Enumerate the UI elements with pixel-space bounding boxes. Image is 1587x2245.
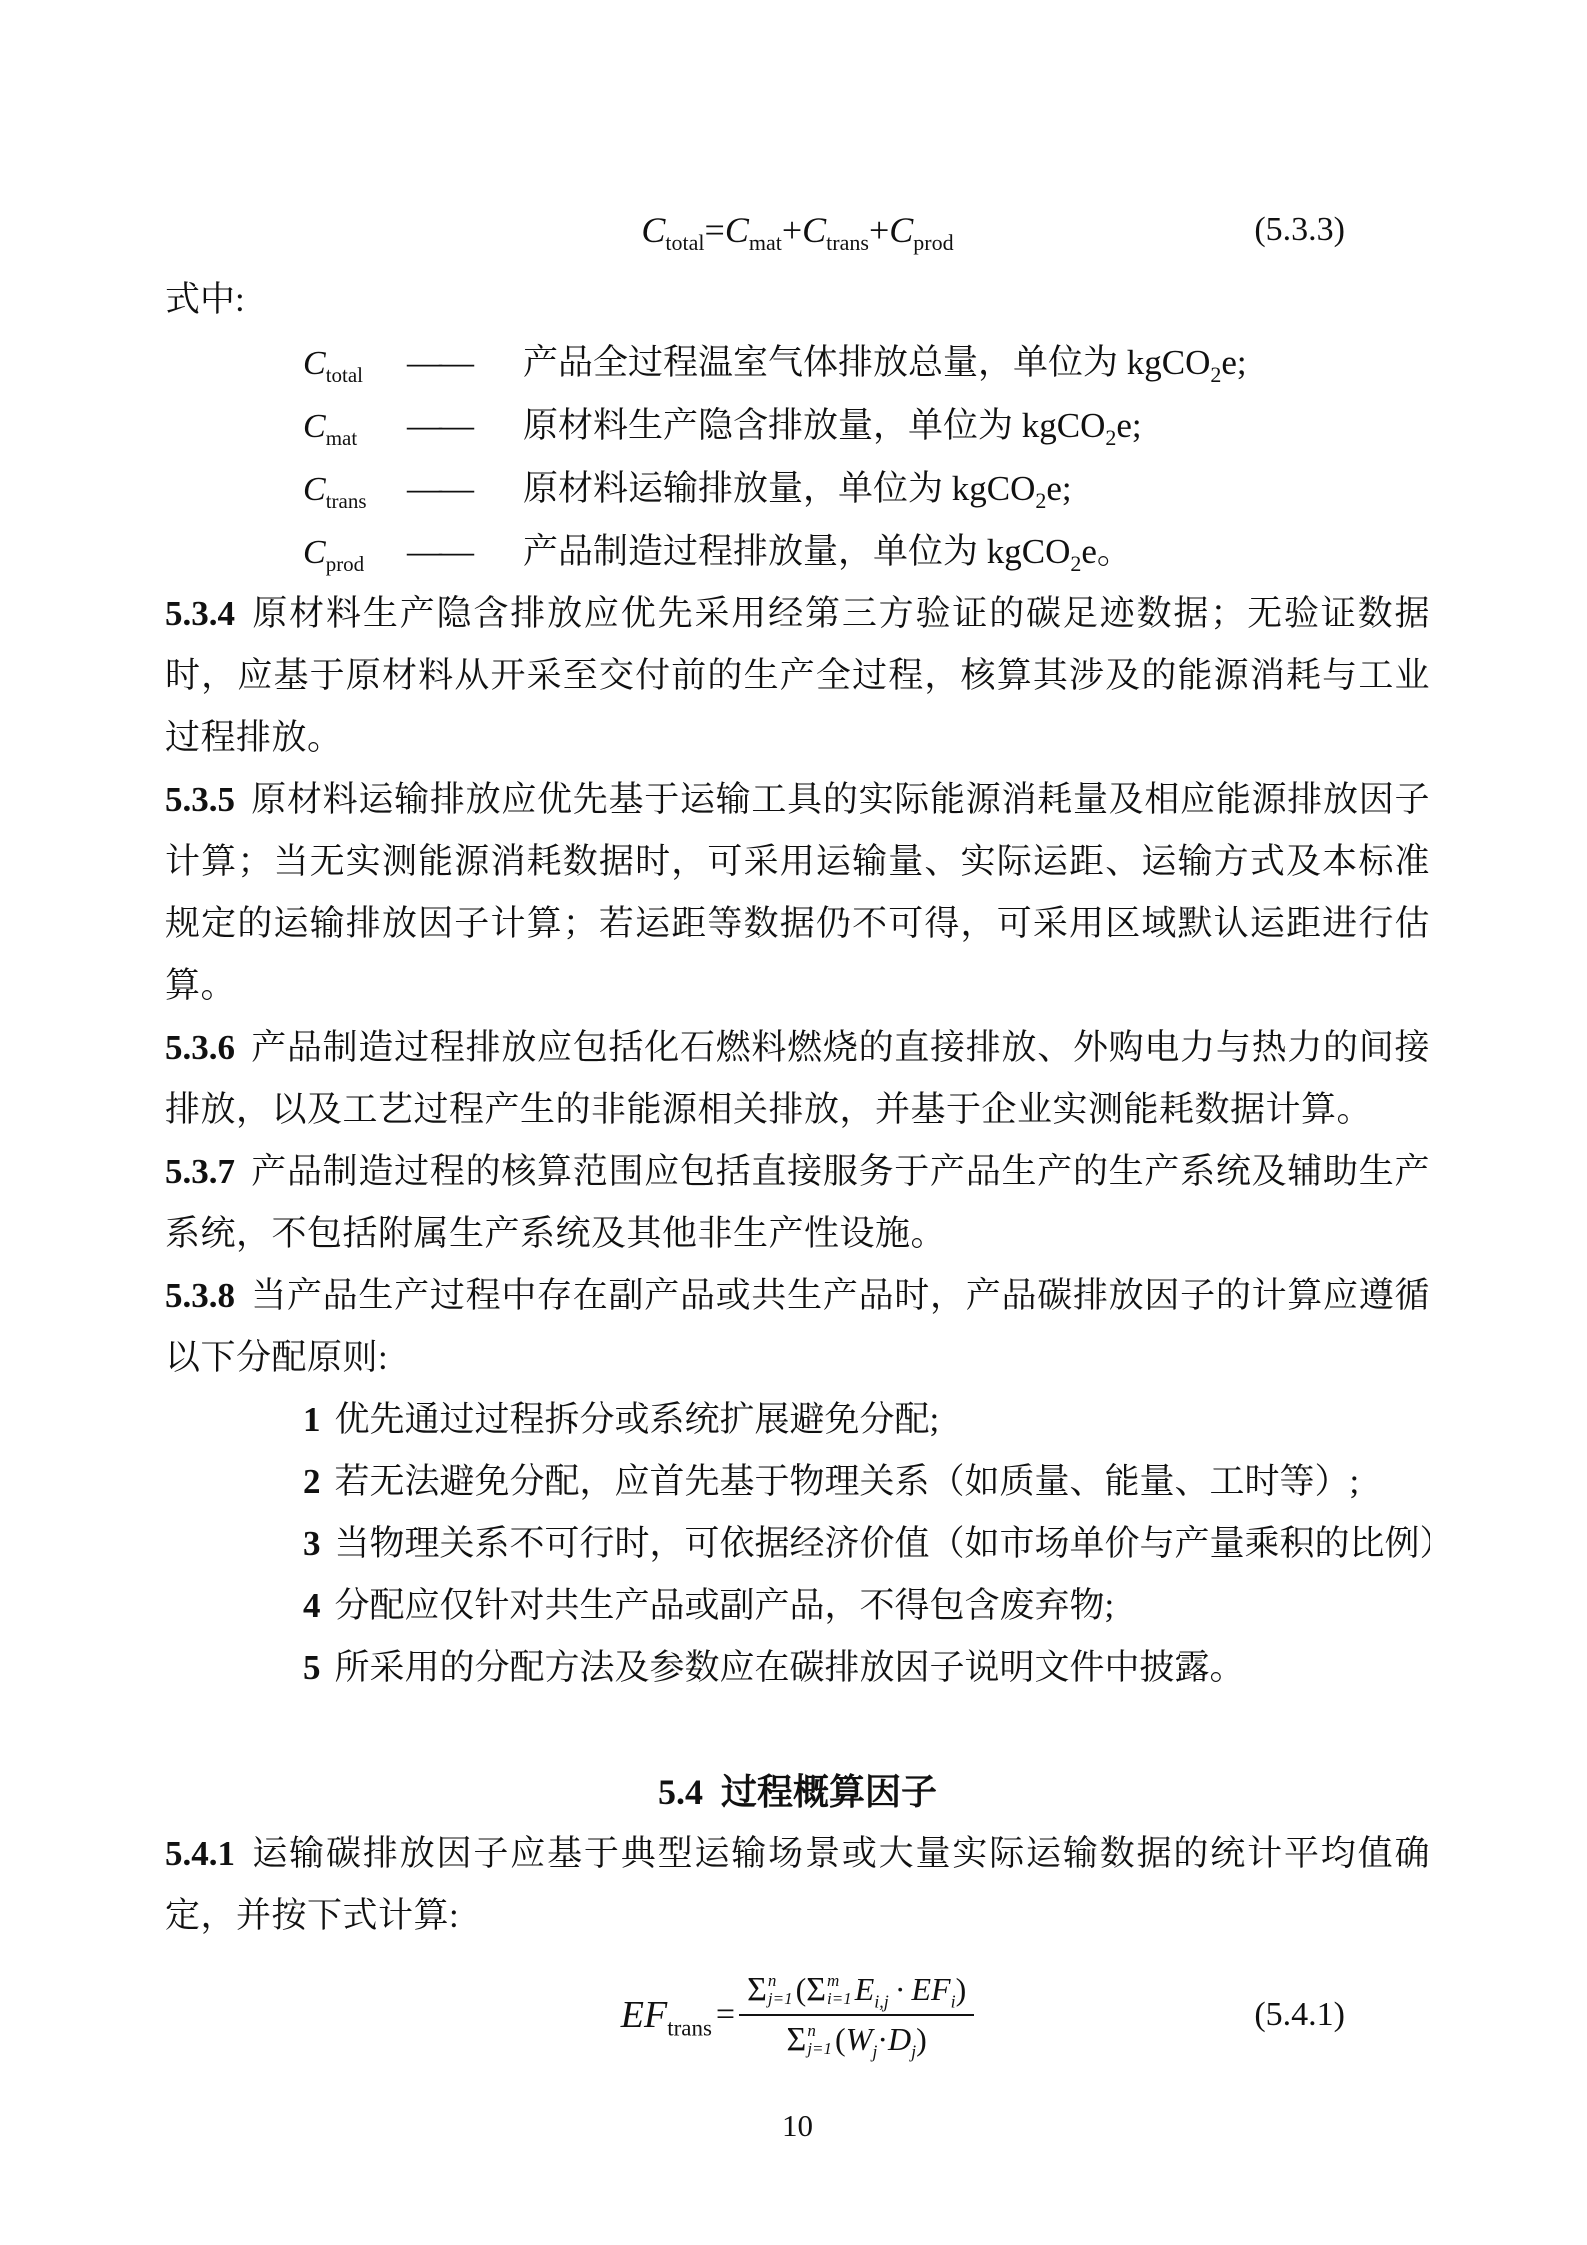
sigma-limits: nj=1 (768, 1972, 793, 2008)
var-c-trans: C (802, 210, 826, 250)
var-c-prod-sub: prod (913, 230, 953, 255)
clause-text: 原材料生产隐含排放应优先采用经第三方验证的碳足迹数据；无验证数据时，应基于原材料… (165, 594, 1430, 757)
clause-5-3-4: 5.3.4原材料生产隐含排放应优先采用经第三方验证的碳足迹数据；无验证数据时，应… (165, 583, 1430, 769)
sigma-outer: Σnj=1 (747, 1971, 796, 2009)
symbol: Cprod (303, 521, 407, 584)
sigma-lower: j=1 (807, 2040, 832, 2058)
clause-number: 5.3.8 (165, 1276, 235, 1315)
definition-desc: 原材料运输排放量，单位为 kgCO (523, 469, 1035, 508)
principle-text: 所采用的分配方法及参数应在碳排放因子说明文件中披露。 (335, 1648, 1245, 1687)
close-paren: ) (956, 1971, 967, 2007)
principle-item-5: 5所采用的分配方法及参数应在碳排放因子说明文件中披露。 (165, 1637, 1430, 1699)
definition-desc: 产品制造过程排放量，单位为 kgCO (523, 532, 1070, 571)
var-ef: EF (911, 1971, 950, 2007)
var-c-mat-sub: mat (749, 230, 782, 255)
principle-number: 2 (303, 1451, 321, 1513)
principle-text: 当物理关系不可行时，可依据经济价值（如市场单价与产量乘积的比例）; (335, 1524, 1431, 1563)
sigma-glyph: Σ (787, 2021, 807, 2059)
principle-number: 4 (303, 1575, 321, 1637)
clause-text: 原材料运输排放应优先基于运输工具的实际能源消耗量及相应能源排放因子计算；当无实测… (165, 780, 1430, 1005)
unit-subscript: 2 (1035, 488, 1046, 513)
clause-number: 5.3.6 (165, 1028, 235, 1067)
multiply-dot: · (895, 1971, 906, 2007)
heading-title: 过程概算因子 (721, 1772, 937, 1812)
definition-desc: 原材料生产隐含排放量，单位为 kgCO (523, 406, 1105, 445)
var-w: W (846, 2021, 873, 2057)
sigma-inner: Σmi=1 (806, 1971, 855, 2009)
definition-row: Cmat —— 原材料生产隐含排放量，单位为 kgCO2e; (165, 394, 1430, 457)
var-ef-sub: trans (667, 2016, 712, 2041)
plus-sign: + (782, 210, 802, 250)
heading-number: 5.4 (658, 1772, 703, 1812)
dash-separator: —— (407, 520, 503, 583)
equals-sign: = (716, 1996, 735, 2034)
principle-number: 5 (303, 1637, 321, 1699)
fraction-numerator: Σnj=1(Σmi=1Ei,j·EFi) (739, 1971, 974, 2016)
sigma-outer: Σnj=1 (787, 2021, 836, 2059)
equation-number: (5.3.3) (1254, 199, 1345, 261)
var-c-total-sub: total (665, 230, 704, 255)
var-e: E (855, 1971, 875, 2007)
principle-text: 分配应仅针对共生产品或副产品，不得包含废弃物; (335, 1586, 1115, 1625)
sigma-upper: n (807, 2022, 832, 2040)
definition-text: 原材料运输排放量，单位为 kgCO2e; (523, 457, 1072, 520)
symbol-sub: trans (326, 489, 367, 513)
fraction-denominator: Σnj=1(Wj·Dj) (739, 2016, 974, 2059)
definition-text: 原材料生产隐含排放量，单位为 kgCO2e; (523, 394, 1142, 457)
sigma-lower: j=1 (768, 1990, 793, 2008)
definition-text: 产品全过程温室气体排放总量，单位为 kgCO2e; (523, 331, 1247, 394)
symbol: Ctotal (303, 332, 407, 395)
sigma-glyph: Σ (806, 1971, 826, 2009)
var-e-sub: i,j (874, 1991, 889, 2011)
sigma-limits: nj=1 (807, 2022, 832, 2058)
section-heading-5-4: 5.4过程概算因子 (165, 1761, 1430, 1823)
symbol-base: C (303, 471, 326, 508)
equation-number: (5.4.1) (1254, 1996, 1345, 2034)
var-ef-base: EF (621, 1994, 667, 2036)
dash-separator: —— (407, 457, 503, 520)
sigma-glyph: Σ (747, 1971, 767, 2009)
sigma-lower: i=1 (827, 1990, 852, 2008)
clause-number: 5.4.1 (165, 1834, 235, 1873)
page-number: 10 (165, 2095, 1430, 2157)
dash-separator: —— (407, 394, 503, 457)
principle-text: 优先通过过程拆分或系统扩展避免分配; (335, 1400, 940, 1439)
symbol: Cmat (303, 395, 407, 458)
sigma-upper: m (827, 1972, 852, 1990)
unit-subscript: 2 (1210, 362, 1221, 387)
definition-desc: 产品全过程温室气体排放总量，单位为 kgCO (523, 343, 1210, 382)
equation-body: Ctotal=Cmat+Ctrans+Cprod (641, 199, 953, 261)
clause-5-3-7: 5.3.7产品制造过程的核算范围应包括直接服务于产品生产的生产系统及辅助生产系统… (165, 1141, 1430, 1265)
clause-5-3-5: 5.3.5原材料运输排放应优先基于运输工具的实际能源消耗量及相应能源排放因子计算… (165, 769, 1430, 1017)
var-c-mat: C (725, 210, 749, 250)
symbol-sub: prod (326, 552, 365, 576)
symbol: Ctrans (303, 458, 407, 521)
unit-subscript: 2 (1070, 551, 1081, 576)
var-c-trans-sub: trans (826, 230, 869, 255)
symbol-base: C (303, 408, 326, 445)
unit-subscript: 2 (1105, 425, 1116, 450)
sigma-upper: n (768, 1972, 793, 1990)
principle-number: 1 (303, 1389, 321, 1451)
multiply-dot: · (877, 2021, 888, 2057)
definition-tail: e。 (1081, 532, 1132, 571)
clause-text: 产品制造过程排放应包括化石燃料燃烧的直接排放、外购电力与热力的间接排放，以及工艺… (165, 1028, 1430, 1129)
clause-5-3-6: 5.3.6产品制造过程排放应包括化石燃料燃烧的直接排放、外购电力与热力的间接排放… (165, 1017, 1430, 1141)
definition-text: 产品制造过程排放量，单位为 kgCO2e。 (523, 520, 1132, 583)
equation-body: EFtrans = Σnj=1(Σmi=1Ei,j·EFi) Σnj=1(Wj·… (621, 1949, 974, 2081)
definition-tail: e; (1221, 343, 1246, 382)
sigma-limits: mi=1 (827, 1972, 852, 2008)
clause-text: 运输碳排放因子应基于典型运输场景或大量实际运输数据的统计平均值确定，并按下式计算… (165, 1834, 1430, 1935)
definition-tail: e; (1046, 469, 1071, 508)
fraction: Σnj=1(Σmi=1Ei,j·EFi) Σnj=1(Wj·Dj) (739, 1971, 974, 2059)
symbol-base: C (303, 534, 326, 571)
symbol-base: C (303, 345, 326, 382)
principle-item-4: 4分配应仅针对共生产品或副产品，不得包含废弃物; (165, 1575, 1430, 1637)
close-paren: ) (916, 2021, 927, 2057)
clause-5-3-8: 5.3.8当产品生产过程中存在副产品或共生产品时，产品碳排放因子的计算应遵循以下… (165, 1265, 1430, 1389)
clause-number: 5.3.4 (165, 594, 235, 633)
where-label: 式中: (165, 269, 1430, 331)
var-ef-trans: EFtrans (621, 1993, 712, 2037)
open-paren: ( (796, 1971, 807, 2007)
var-c-total: C (641, 210, 665, 250)
clause-text: 当产品生产过程中存在副产品或共生产品时，产品碳排放因子的计算应遵循以下分配原则: (165, 1276, 1430, 1377)
principle-item-3: 3当物理关系不可行时，可依据经济价值（如市场单价与产量乘积的比例）; (165, 1513, 1430, 1575)
vertical-gap (165, 1699, 1430, 1761)
dash-separator: —— (407, 331, 503, 394)
principle-number: 3 (303, 1513, 321, 1575)
definition-row: Ctotal —— 产品全过程温室气体排放总量，单位为 kgCO2e; (165, 331, 1430, 394)
symbol-definitions: Ctotal —— 产品全过程温室气体排放总量，单位为 kgCO2e; Cmat… (165, 331, 1430, 583)
symbol-sub: total (326, 363, 363, 387)
clause-number: 5.3.7 (165, 1152, 235, 1191)
document-page: Ctotal=Cmat+Ctrans+Cprod (5.3.3) 式中: Cto… (0, 0, 1587, 2245)
definition-row: Cprod —— 产品制造过程排放量，单位为 kgCO2e。 (165, 520, 1430, 583)
definition-tail: e; (1116, 406, 1141, 445)
open-paren: ( (835, 2021, 846, 2057)
principle-item-1: 1优先通过过程拆分或系统扩展避免分配; (165, 1389, 1430, 1451)
principle-item-2: 2若无法避免分配，应首先基于物理关系（如质量、能量、工时等）; (165, 1451, 1430, 1513)
var-c-prod: C (889, 210, 913, 250)
equation-5-4-1: EFtrans = Σnj=1(Σmi=1Ei,j·EFi) Σnj=1(Wj·… (165, 1949, 1430, 2081)
clause-number: 5.3.5 (165, 780, 235, 819)
definition-row: Ctrans —— 原材料运输排放量，单位为 kgCO2e; (165, 457, 1430, 520)
equation-5-3-3: Ctotal=Cmat+Ctrans+Cprod (5.3.3) (165, 199, 1430, 261)
symbol-sub: mat (326, 426, 358, 450)
clause-5-4-1: 5.4.1运输碳排放因子应基于典型运输场景或大量实际运输数据的统计平均值确定，并… (165, 1823, 1430, 1947)
equals-sign: = (705, 210, 725, 250)
principle-text: 若无法避免分配，应首先基于物理关系（如质量、能量、工时等）; (335, 1462, 1360, 1501)
clause-text: 产品制造过程的核算范围应包括直接服务于产品生产的生产系统及辅助生产系统，不包括附… (165, 1152, 1430, 1253)
plus-sign: + (869, 210, 889, 250)
var-d: D (888, 2021, 911, 2057)
